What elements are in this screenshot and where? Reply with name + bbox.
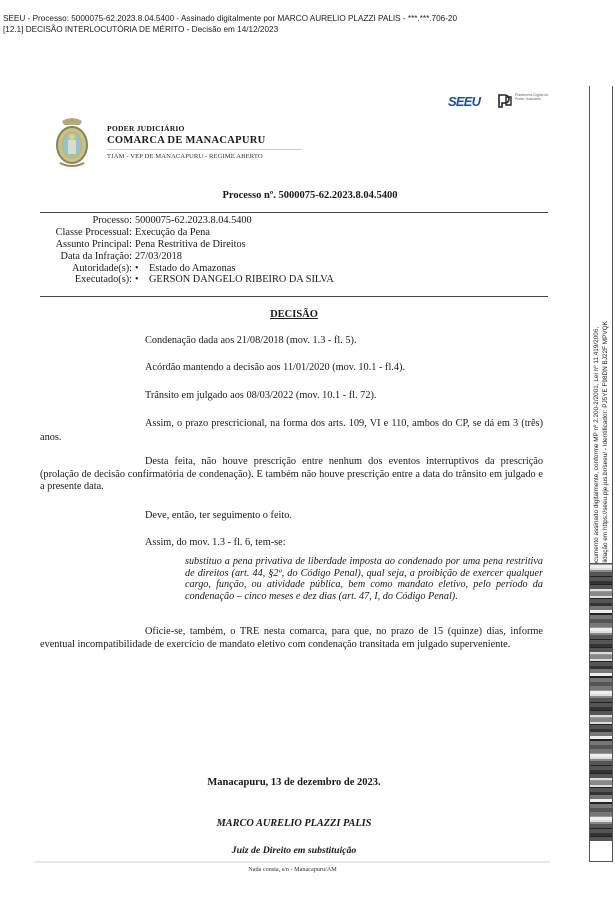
- metadata-row: Assunto Principal:Pena Restritiva de Dir…: [40, 239, 334, 251]
- paragraph-no-prescription-text: Desta feita, não houve prescrição entre …: [40, 456, 543, 492]
- court-name: COMARCA DE MANACAPURU: [107, 135, 266, 146]
- paragraph-tre-notice-text: Oficie-se, também, o TRE nesta comarca, …: [40, 626, 543, 650]
- decision-heading: DECISÃO: [40, 309, 548, 320]
- document-header: SEEU - Processo: 5000075-62.2023.8.04.54…: [3, 13, 457, 35]
- metadata-label: Autoridade(s):: [40, 263, 135, 275]
- metadata-value: 5000075-62.2023.8.04.5400: [135, 215, 252, 227]
- court-authority: PODER JUDICIÁRIO: [107, 124, 185, 133]
- header-line-signature: SEEU - Processo: 5000075-62.2023.8.04.54…: [3, 13, 457, 24]
- place-date: Manacapuru, 13 de dezembro de 2023.: [40, 777, 548, 788]
- seeu-logo-icon: SEEU: [448, 94, 484, 108]
- metadata-value: Pena Restritiva de Direitos: [135, 239, 246, 251]
- paragraph-conviction: Condenação dada aos 21/08/2018 (mov. 1.3…: [145, 335, 357, 348]
- process-title: Processo nº. 5000075-62.2023.8.04.5400: [40, 190, 580, 201]
- metadata-value: 27/03/2018: [135, 251, 182, 263]
- court-crest-icon: [52, 113, 92, 173]
- metadata-row: Classe Processual:Execução da Pena: [40, 227, 334, 239]
- paragraph-final-judgment: Trânsito em julgado aos 08/03/2022 (mov.…: [145, 390, 376, 403]
- paragraph-proceed: Deve, então, ter seguimento o feito.: [145, 510, 292, 523]
- metadata-label: Executado(s):: [40, 274, 135, 286]
- pje-logo-text: Plataforma Digital do Poder Judiciário: [515, 93, 555, 102]
- bullet-icon: •: [135, 263, 149, 275]
- judge-role: Juiz de Direito em substituição: [40, 845, 548, 856]
- process-metadata: Processo:5000075-62.2023.8.04.5400Classe…: [40, 215, 334, 286]
- header-line-decision: [12.1] DECISÃO INTERLOCUTÓRIA DE MÉRITO …: [3, 24, 457, 35]
- court-divider: [107, 149, 302, 150]
- barcode-icon: [589, 563, 613, 862]
- stamp-line-validation: Validação em https://seeu.pje.jus.br/see…: [601, 190, 610, 570]
- metadata-row: Data da Infração:27/03/2018: [40, 251, 334, 263]
- metadata-label: Data da Infração:: [40, 251, 135, 263]
- metadata-top-rule: [40, 212, 548, 213]
- judge-name: MARCO AURELIO PLAZZI PALIS: [40, 818, 548, 829]
- footer-address: Nada consta, s/n - Manacapuru/AM: [35, 866, 550, 873]
- metadata-label: Classe Processual:: [40, 227, 135, 239]
- paragraph-no-prescription: Desta feita, não houve prescrição entre …: [40, 456, 543, 494]
- svg-text:SEEU: SEEU: [448, 94, 482, 108]
- paragraph-prescription-term: Assim, o prazo prescricional, na forma d…: [40, 417, 543, 444]
- pje-logo-icon: [497, 93, 513, 108]
- metadata-value: Estado do Amazonas: [149, 263, 235, 275]
- metadata-row: Processo:5000075-62.2023.8.04.5400: [40, 215, 334, 227]
- footer-divider: [35, 861, 550, 863]
- metadata-label: Processo:: [40, 215, 135, 227]
- paragraph-citation-intro: Assim, do mov. 1.3 - fl. 6, tem-se:: [145, 537, 286, 550]
- metadata-value: Execução da Pena: [135, 227, 210, 239]
- metadata-label: Assunto Principal:: [40, 239, 135, 251]
- stamp-line-legal: Documento assinado digitalmente, conform…: [592, 190, 601, 570]
- metadata-bottom-rule: [40, 296, 548, 297]
- bullet-icon: •: [135, 274, 149, 286]
- paragraph-tre-notice: Oficie-se, também, o TRE nesta comarca, …: [40, 626, 543, 651]
- metadata-row: Executado(s):•GERSON DANGELO RIBEIRO DA …: [40, 274, 334, 286]
- signature-stamp-text: Documento assinado digitalmente, conform…: [592, 190, 610, 570]
- quoted-sentence: substituo a pena privativa de liberdade …: [185, 556, 543, 602]
- paragraph-prescription-term-text: Assim, o prazo prescricional, na forma d…: [40, 418, 543, 443]
- paragraph-appeal: Acórdão mantendo a decisão aos 11/01/202…: [145, 362, 405, 375]
- metadata-row: Autoridade(s):•Estado do Amazonas: [40, 263, 334, 275]
- court-unit: TJAM - VEP DE MANACAPURU - REGIME ABERTO: [107, 153, 263, 160]
- metadata-value: GERSON DANGELO RIBEIRO DA SILVA: [149, 274, 334, 286]
